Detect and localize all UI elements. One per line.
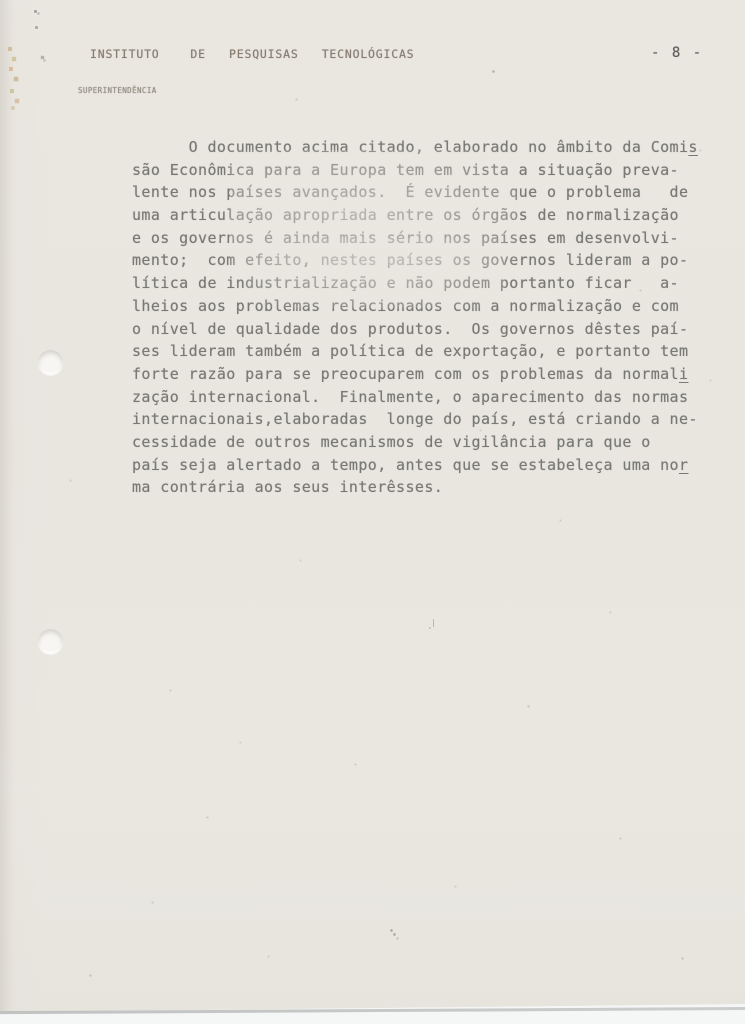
paragraph-line: lente nos países avançados. É evidente q…	[132, 181, 698, 204]
left-edge-color-smudges	[0, 0, 2, 2]
institution-letterhead: INSTITUTO DE PESQUISAS TECNOLÓGICAS	[90, 47, 414, 61]
stray-tick-mark	[433, 619, 434, 627]
punch-hole-top	[38, 350, 63, 375]
paragraph-line: O documento acima citado, elaborado no â…	[132, 136, 698, 159]
page-number: - 8 -	[651, 45, 703, 61]
paragraph-line: ma contrária aos seus interêsses.	[132, 476, 698, 499]
paragraph-line: lítica de industrialização e não podem p…	[132, 272, 698, 295]
paragraph-line: zação internacional. Finalmente, o apare…	[132, 386, 698, 409]
punch-hole-bottom	[38, 629, 63, 654]
paragraph-line: ses lideram também a política de exporta…	[132, 340, 698, 363]
department-label: SUPERINTENDÊNCIA	[78, 86, 157, 95]
paragraph-line: forte razão para se preocuparem com os p…	[132, 363, 698, 386]
scanned-page: INSTITUTO DE PESQUISAS TECNOLÓGICAS - 8 …	[0, 0, 745, 1013]
paragraph-line: lheios aos problemas relacionados com a …	[132, 295, 698, 318]
paragraph-line: país seja alertado a tempo, antes que se…	[132, 454, 698, 477]
paragraph-line: são Econômica para a Europa tem em vista…	[132, 159, 698, 182]
typed-paragraph: O documento acima citado, elaborado no â…	[132, 136, 698, 499]
paragraph-line: o nível de qualidade dos produtos. Os go…	[132, 318, 698, 341]
paragraph-line: cessidade de outros mecanismos de vigilâ…	[132, 431, 698, 454]
paragraph-line: uma articulação apropriada entre os órgã…	[132, 204, 698, 227]
paragraph-line: internacionais,elaboradas longe do país,…	[132, 408, 698, 431]
stray-dot-mark	[429, 627, 431, 629]
paragraph-line: e os governos é ainda mais sério nos paí…	[132, 227, 698, 250]
paragraph-line: mento; com efeito, nestes países os gove…	[132, 249, 698, 272]
